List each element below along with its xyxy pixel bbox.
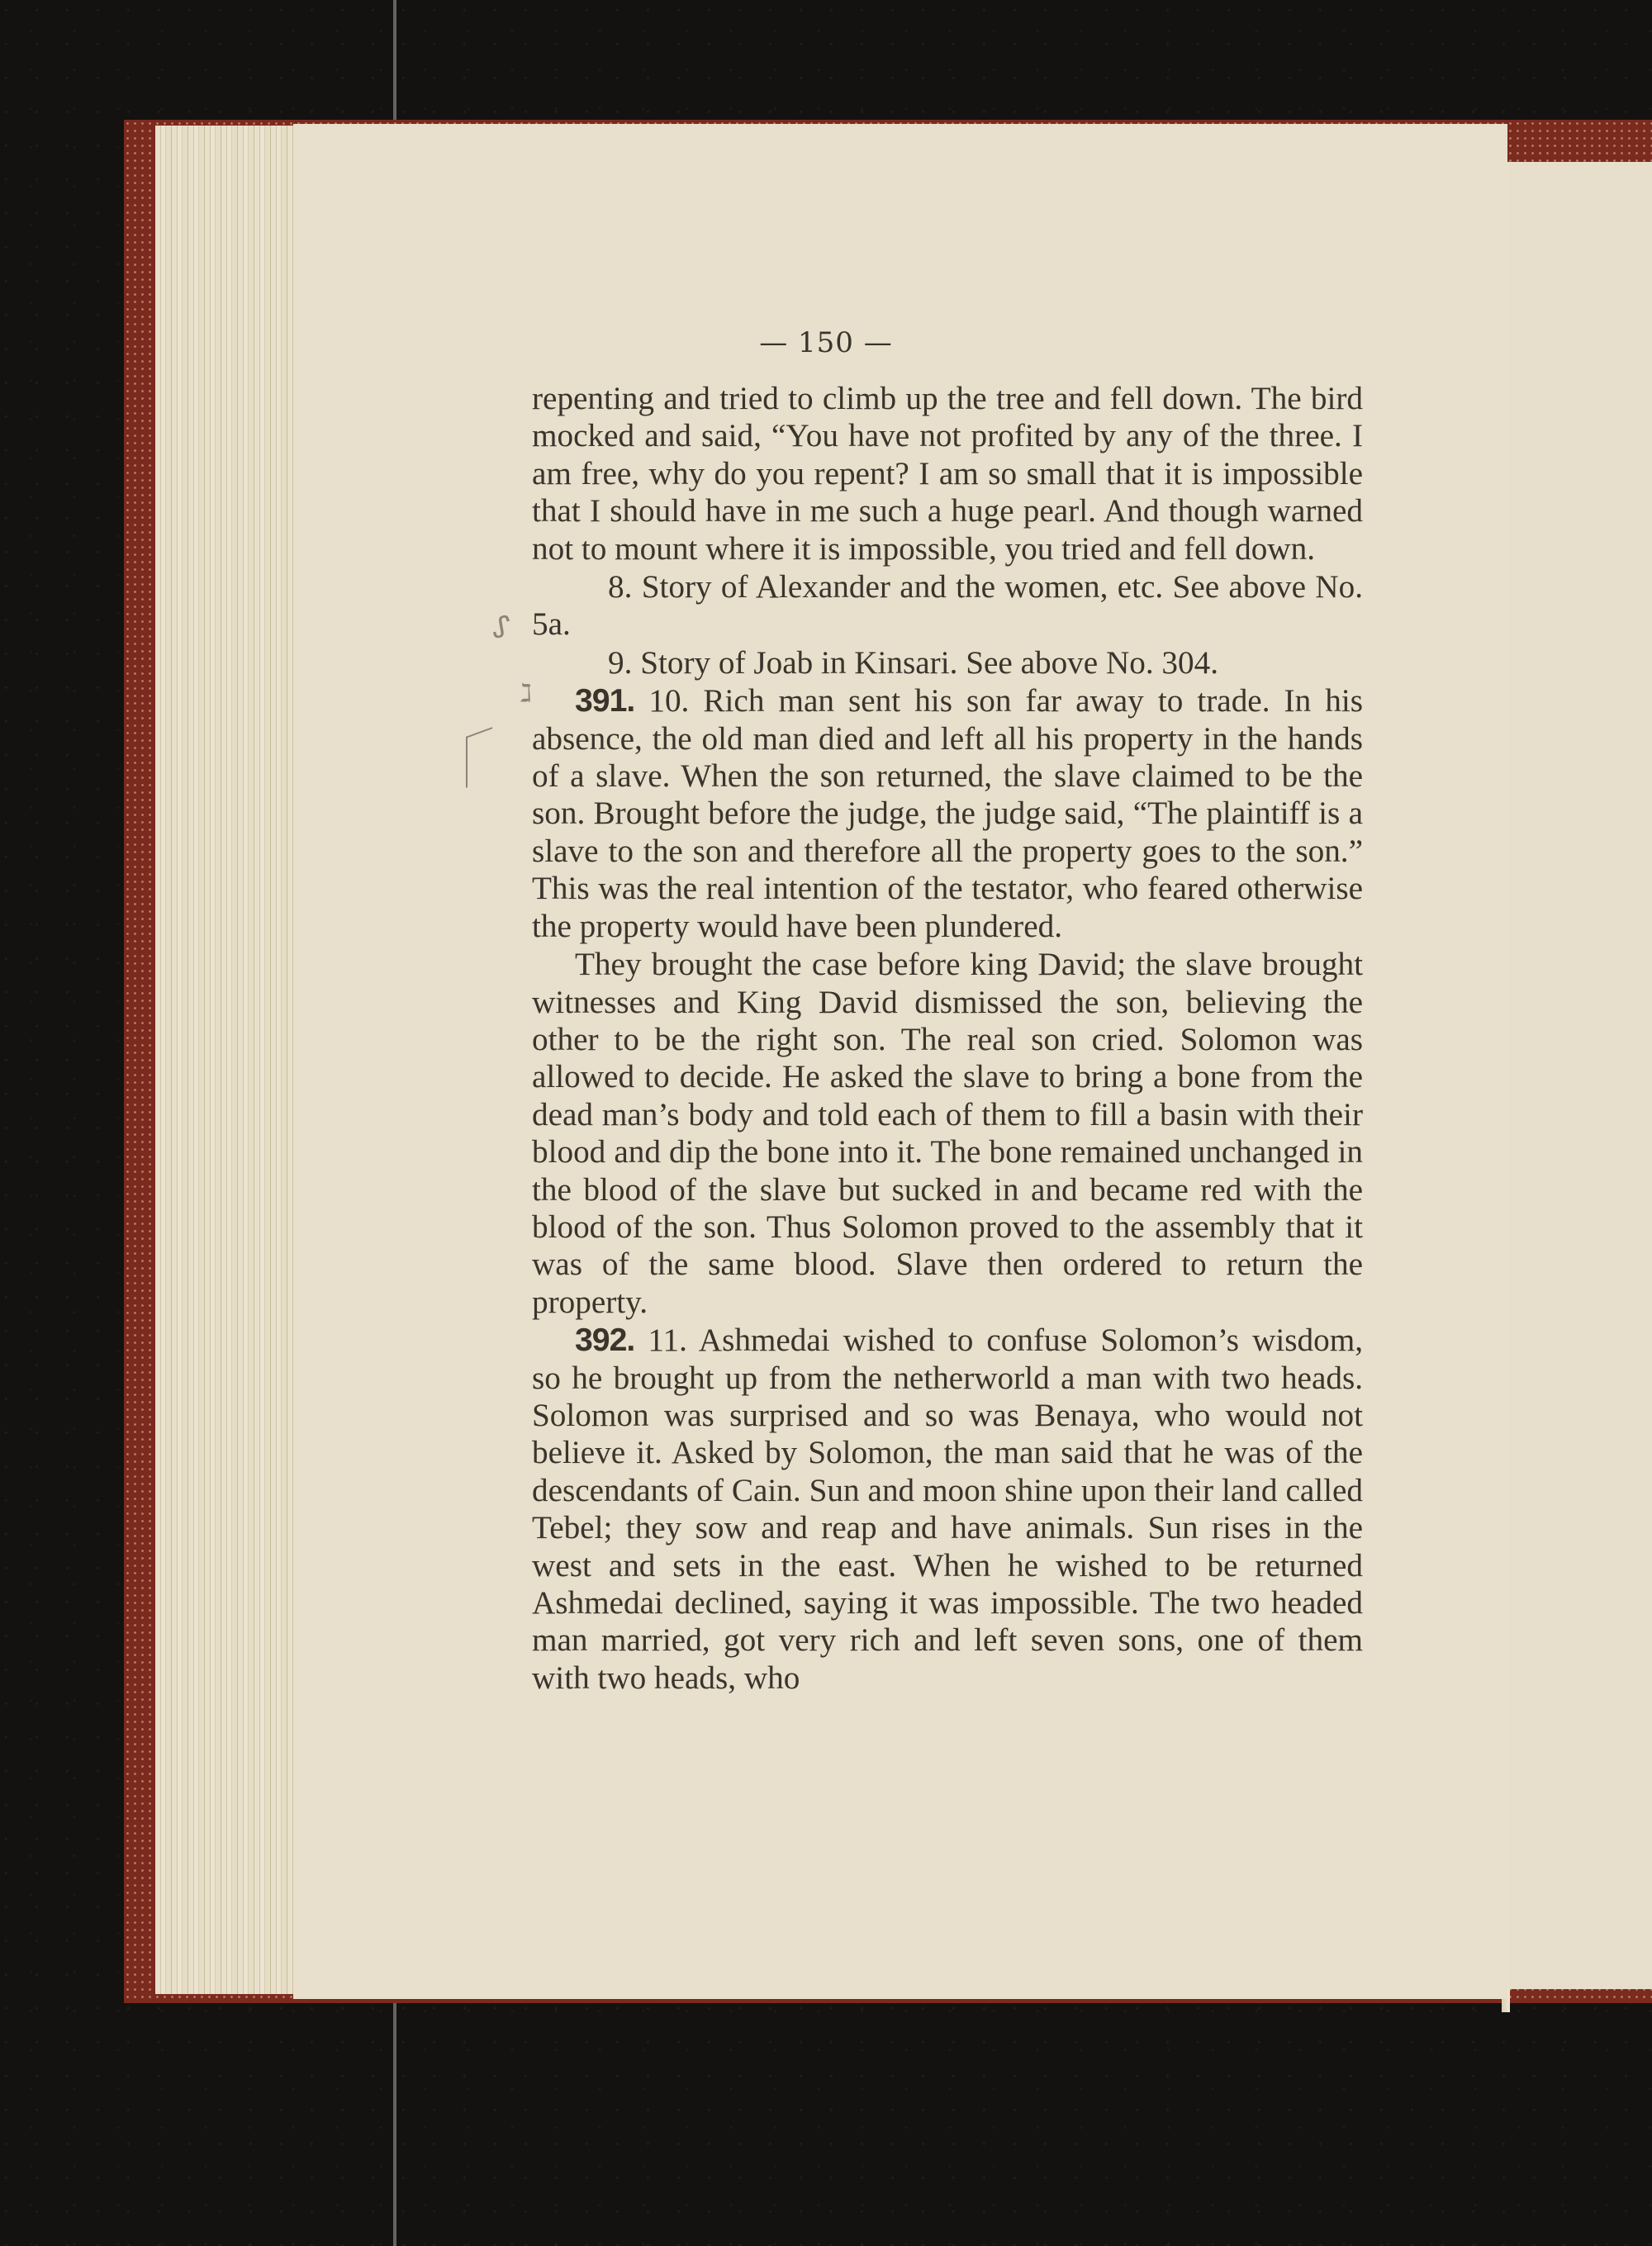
pencil-mark-icon: ℷ xyxy=(520,679,532,708)
paragraph-text: repenting and tried to climb up the tree… xyxy=(532,381,1363,567)
paragraph-david-case: They brought the case before king David;… xyxy=(532,946,1363,1321)
entry-number: 391. xyxy=(575,683,634,719)
paragraph-item-9: 9. Story of Joab in Kinsari. See above N… xyxy=(532,644,1363,681)
entry-number: 392. xyxy=(575,1322,634,1358)
paragraph-text: 9. Story of Joab in Kinsari. See above N… xyxy=(608,645,1218,681)
paragraph-entry-392: 392. 11. Ashmedai wished to confuse Solo… xyxy=(532,1322,1363,1697)
page-edges xyxy=(155,126,297,1994)
paragraph-text: They brought the case before king David;… xyxy=(532,947,1363,1320)
facing-page xyxy=(1508,162,1652,1989)
paragraph-text: 8. Story of Alexander and the women, etc… xyxy=(532,569,1363,642)
pencil-bracket-icon xyxy=(466,727,492,788)
paragraph-entry-391: 391. 10. Rich man sent his son far away … xyxy=(532,682,1363,945)
paragraph-text: 11. Ashmedai wished to confuse Solomon’s… xyxy=(532,1322,1363,1696)
page-body: repenting and tried to climb up the tree… xyxy=(532,380,1363,1697)
paragraph-continuation: repenting and tried to climb up the tree… xyxy=(532,380,1363,567)
page-number: — 150 — xyxy=(0,326,1652,359)
paragraph-text: 10. Rich man sent his son far away to tr… xyxy=(532,683,1363,943)
paragraph-item-8: 8. Story of Alexander and the women, etc… xyxy=(532,568,1363,643)
